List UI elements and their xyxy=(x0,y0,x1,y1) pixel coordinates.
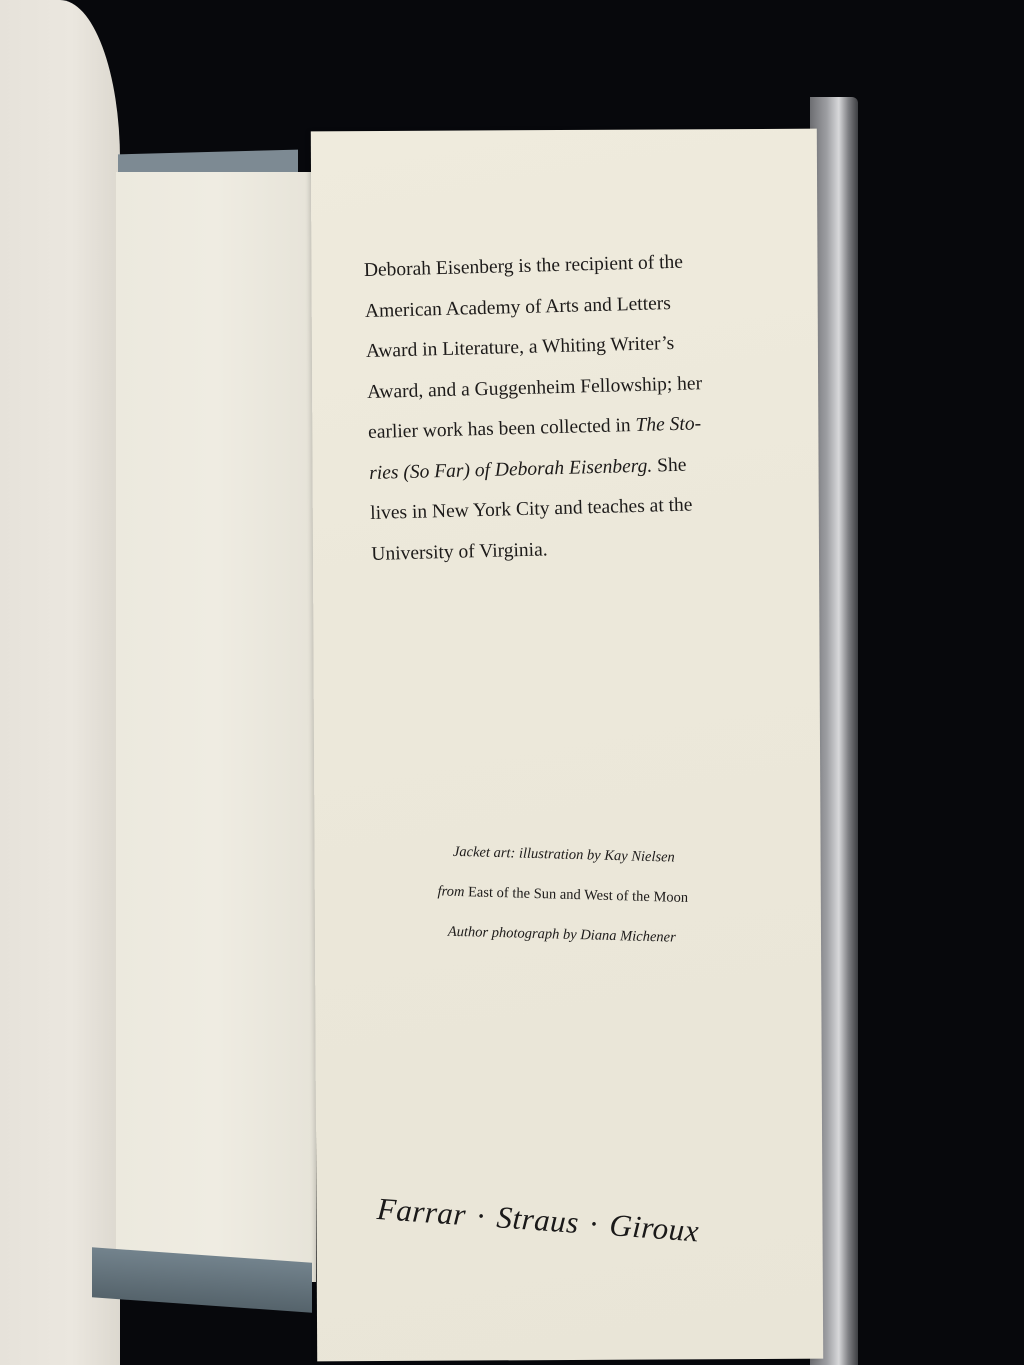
book-photo: Deborah Eisenberg is the recipient of th… xyxy=(0,0,1024,1365)
jacket-credits: Jacket art: illustration by Kay Nielsen … xyxy=(411,831,714,959)
separator-dot: · xyxy=(588,1206,601,1242)
author-bio: Deborah Eisenberg is the recipient of th… xyxy=(363,241,771,575)
left-curled-page xyxy=(0,0,120,1365)
book-title-italic: The Sto- xyxy=(635,413,701,436)
photo-credit-text: Author photograph by Diana Michener xyxy=(448,924,676,946)
publisher-imprint: Farrar·Straus·Giroux xyxy=(376,1191,797,1256)
book-title-italic: ries (So Far) of Deborah Eisenberg. xyxy=(369,455,653,483)
publisher-name-3: Giroux xyxy=(608,1207,700,1248)
dust-jacket-flap: Deborah Eisenberg is the recipient of th… xyxy=(311,129,823,1362)
from-label: from xyxy=(437,883,464,900)
publisher-name-1: Farrar xyxy=(376,1191,467,1232)
bio-text: earlier work has been collected in xyxy=(368,415,636,443)
source-title: East of the Sun and West of the Moon xyxy=(468,884,688,906)
endpaper xyxy=(116,172,316,1282)
separator-dot: · xyxy=(475,1198,488,1234)
bio-text: She xyxy=(652,454,687,476)
publisher-name-2: Straus xyxy=(496,1199,580,1240)
photo-credit: Author photograph by Diana Michener xyxy=(411,911,712,959)
jacket-art-text: Jacket art: illustration by Kay Nielsen xyxy=(453,844,675,866)
